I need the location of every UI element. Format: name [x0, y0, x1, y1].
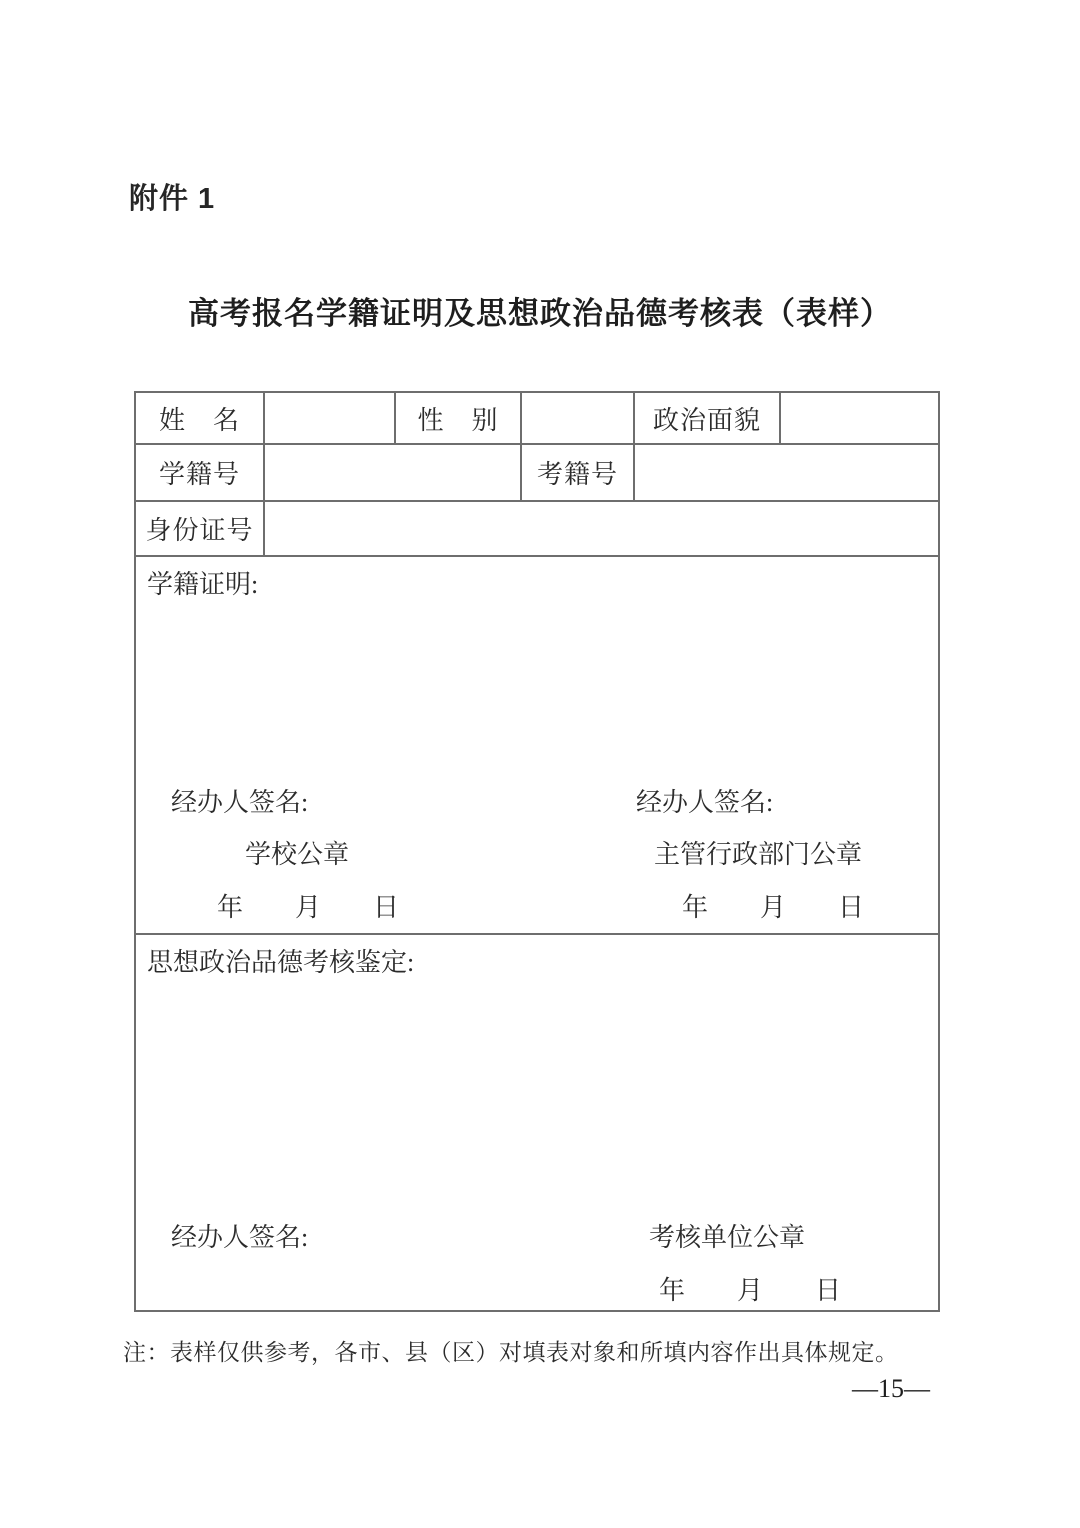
table-row-id-card: 身份证号 — [135, 501, 939, 556]
school-seal-label: 学校公章 — [245, 841, 349, 870]
page-number: —15— — [852, 1374, 930, 1404]
name-value-cell — [264, 392, 395, 444]
authority-seal-label: 主管行政部门公章 — [654, 841, 862, 870]
exam-registry-no-label-cell: 考籍号 — [521, 444, 634, 501]
gender-value-cell — [521, 392, 634, 444]
student-status-section-cell: 学籍证明: 经办人签名: 经办人签名: 学校公章 主管行政部门公章 年 月 日 … — [135, 556, 939, 934]
assessment-date-label: 年 月 日 — [659, 1277, 841, 1306]
assessment-handler-signature-label: 经办人签名: — [171, 1224, 308, 1253]
name-label-cell: 姓 名 — [135, 392, 264, 444]
school-handler-signature-label: 经办人签名: — [171, 789, 308, 818]
political-status-value-cell — [780, 392, 939, 444]
form-table: 姓 名 性 别 政治面貌 学籍号 考籍号 身份证号 学籍证明: 经办人签名: 经… — [134, 391, 940, 1312]
id-card-no-value-cell — [264, 501, 939, 556]
moral-assessment-section-cell: 思想政治品德考核鉴定: 经办人签名: 考核单位公章 年 月 日 — [135, 934, 939, 1311]
school-date-label: 年 月 日 — [217, 894, 399, 923]
authority-handler-signature-label: 经办人签名: — [636, 789, 773, 818]
political-status-label-cell: 政治面貌 — [634, 392, 780, 444]
student-registry-no-value-cell — [264, 444, 521, 501]
table-row-name-gender-political: 姓 名 性 别 政治面貌 — [135, 392, 939, 444]
student-status-section-row: 学籍证明: 经办人签名: 经办人签名: 学校公章 主管行政部门公章 年 月 日 … — [135, 556, 939, 934]
attachment-label: 附件 1 — [129, 176, 215, 217]
page-title: 高考报名学籍证明及思想政治品德考核表（表样） — [0, 288, 1080, 333]
moral-assessment-section-row: 思想政治品德考核鉴定: 经办人签名: 考核单位公章 年 月 日 — [135, 934, 939, 1311]
student-registry-no-label-cell: 学籍号 — [135, 444, 264, 501]
student-status-heading: 学籍证明: — [147, 571, 258, 600]
id-card-no-label-cell: 身份证号 — [135, 501, 264, 556]
authority-date-label: 年 月 日 — [682, 894, 864, 923]
table-row-registry-numbers: 学籍号 考籍号 — [135, 444, 939, 501]
gender-label-cell: 性 别 — [395, 392, 521, 444]
moral-assessment-heading: 思想政治品德考核鉴定: — [147, 949, 414, 978]
assessment-unit-seal-label: 考核单位公章 — [649, 1224, 805, 1253]
footnote: 注：表样仅供参考，各市、县（区）对填表对象和所填内容作出具体规定。 — [123, 1334, 963, 1367]
document-page: 附件 1 高考报名学籍证明及思想政治品德考核表（表样） 姓 名 性 别 政治面貌… — [0, 0, 1080, 1528]
exam-registry-no-value-cell — [634, 444, 939, 501]
